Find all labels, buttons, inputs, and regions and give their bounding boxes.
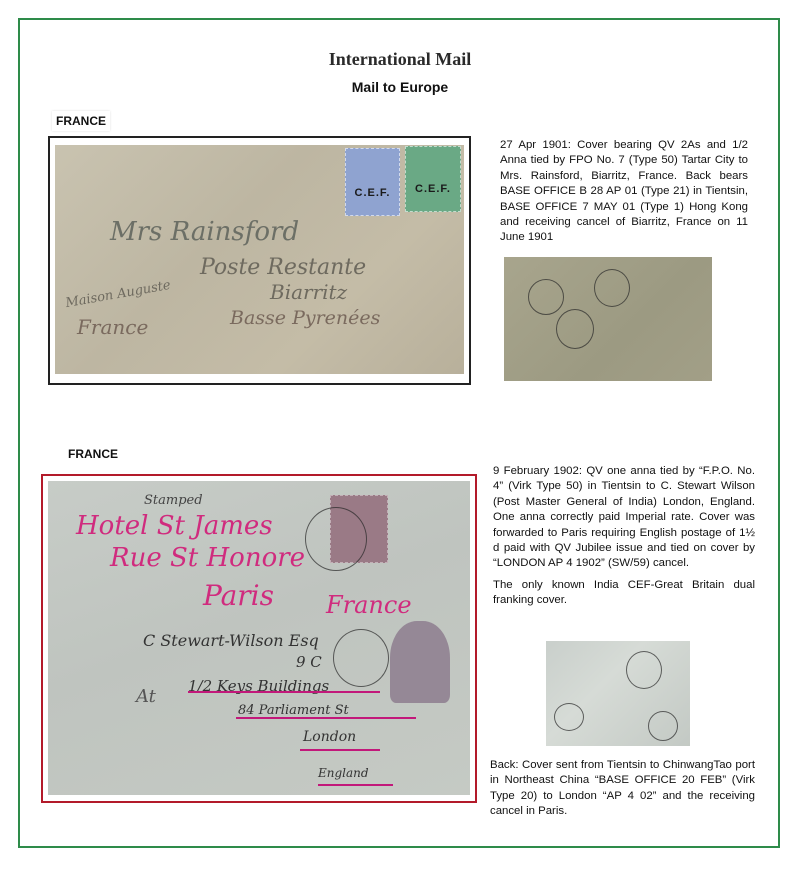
section-1-country-label: FRANCE	[52, 111, 110, 131]
description-1902: 9 February 1902: QV one anna tied by “F.…	[493, 464, 755, 615]
description-text: 27 Apr 1901: Cover bearing QV 2As and 1/…	[500, 138, 748, 246]
cancel-postmark	[556, 309, 594, 349]
cancel-postmark	[648, 711, 678, 741]
cover-image-1901: C.E.F. C.E.F. Mrs Rainsford Poste Restan…	[48, 136, 471, 385]
forwarding-line: France	[326, 591, 412, 619]
address-line: Biarritz	[270, 280, 347, 304]
description-note: The only known India CEF-Great Britain d…	[493, 578, 755, 609]
stamp-overprint: C.E.F.	[406, 183, 460, 195]
cover-image-1902: Stamped Hotel St James Rue St Honore Par…	[41, 474, 477, 803]
envelope-front: Stamped Hotel St James Rue St Honore Par…	[48, 481, 470, 795]
strike-line	[188, 691, 380, 693]
original-address-line: C Stewart-Wilson Esq	[143, 631, 319, 650]
back-caption-text: Back: Cover sent from Tientsin to Chinwa…	[490, 758, 755, 820]
back-caption-1902: Back: Cover sent from Tientsin to Chinwa…	[490, 758, 755, 826]
description-1901: 27 Apr 1901: Cover bearing QV 2As and 1/…	[500, 138, 748, 252]
fpo-cancel	[305, 507, 367, 571]
description-text: 9 February 1902: QV one anna tied by “F.…	[493, 464, 755, 572]
cancel-postmark	[554, 703, 584, 731]
cover-back-image-1902	[546, 641, 690, 746]
page-subtitle: Mail to Europe	[0, 79, 800, 95]
envelope-front: C.E.F. C.E.F. Mrs Rainsford Poste Restan…	[55, 145, 464, 374]
original-address-line: England	[318, 766, 369, 780]
cover-back-image-1901	[504, 257, 712, 381]
stamp-two-annas: C.E.F.	[345, 148, 400, 216]
london-cancel	[333, 629, 389, 687]
strike-line	[300, 749, 380, 751]
top-note: Stamped	[144, 493, 203, 508]
cancel-postmark	[528, 279, 564, 315]
side-note: At	[136, 686, 156, 707]
original-address-line: 9 C	[296, 653, 322, 671]
address-line: Mrs Rainsford	[110, 217, 299, 247]
original-address-line: 84 Parliament St	[238, 703, 349, 718]
strike-line	[236, 717, 416, 719]
address-line: Basse Pyrenées	[230, 307, 380, 329]
forwarding-line: Hotel St James	[76, 511, 273, 541]
strike-line	[318, 784, 393, 786]
forwarding-line: Rue St Honore	[110, 543, 305, 573]
cancel-postmark	[594, 269, 630, 307]
page-title: International Mail	[0, 49, 800, 70]
address-line: Poste Restante	[200, 255, 366, 280]
side-note: France	[77, 315, 148, 339]
side-note: Maison Auguste	[65, 278, 172, 311]
stamp-overprint: C.E.F.	[346, 187, 399, 199]
forwarding-line: Paris	[203, 579, 274, 612]
stamp-half-anna: C.E.F.	[405, 146, 461, 212]
stamp-jubilee-penny-halfpenny	[390, 621, 450, 703]
section-2-country-label: FRANCE	[68, 447, 118, 461]
original-address-line: London	[303, 729, 356, 745]
cancel-postmark	[626, 651, 662, 689]
